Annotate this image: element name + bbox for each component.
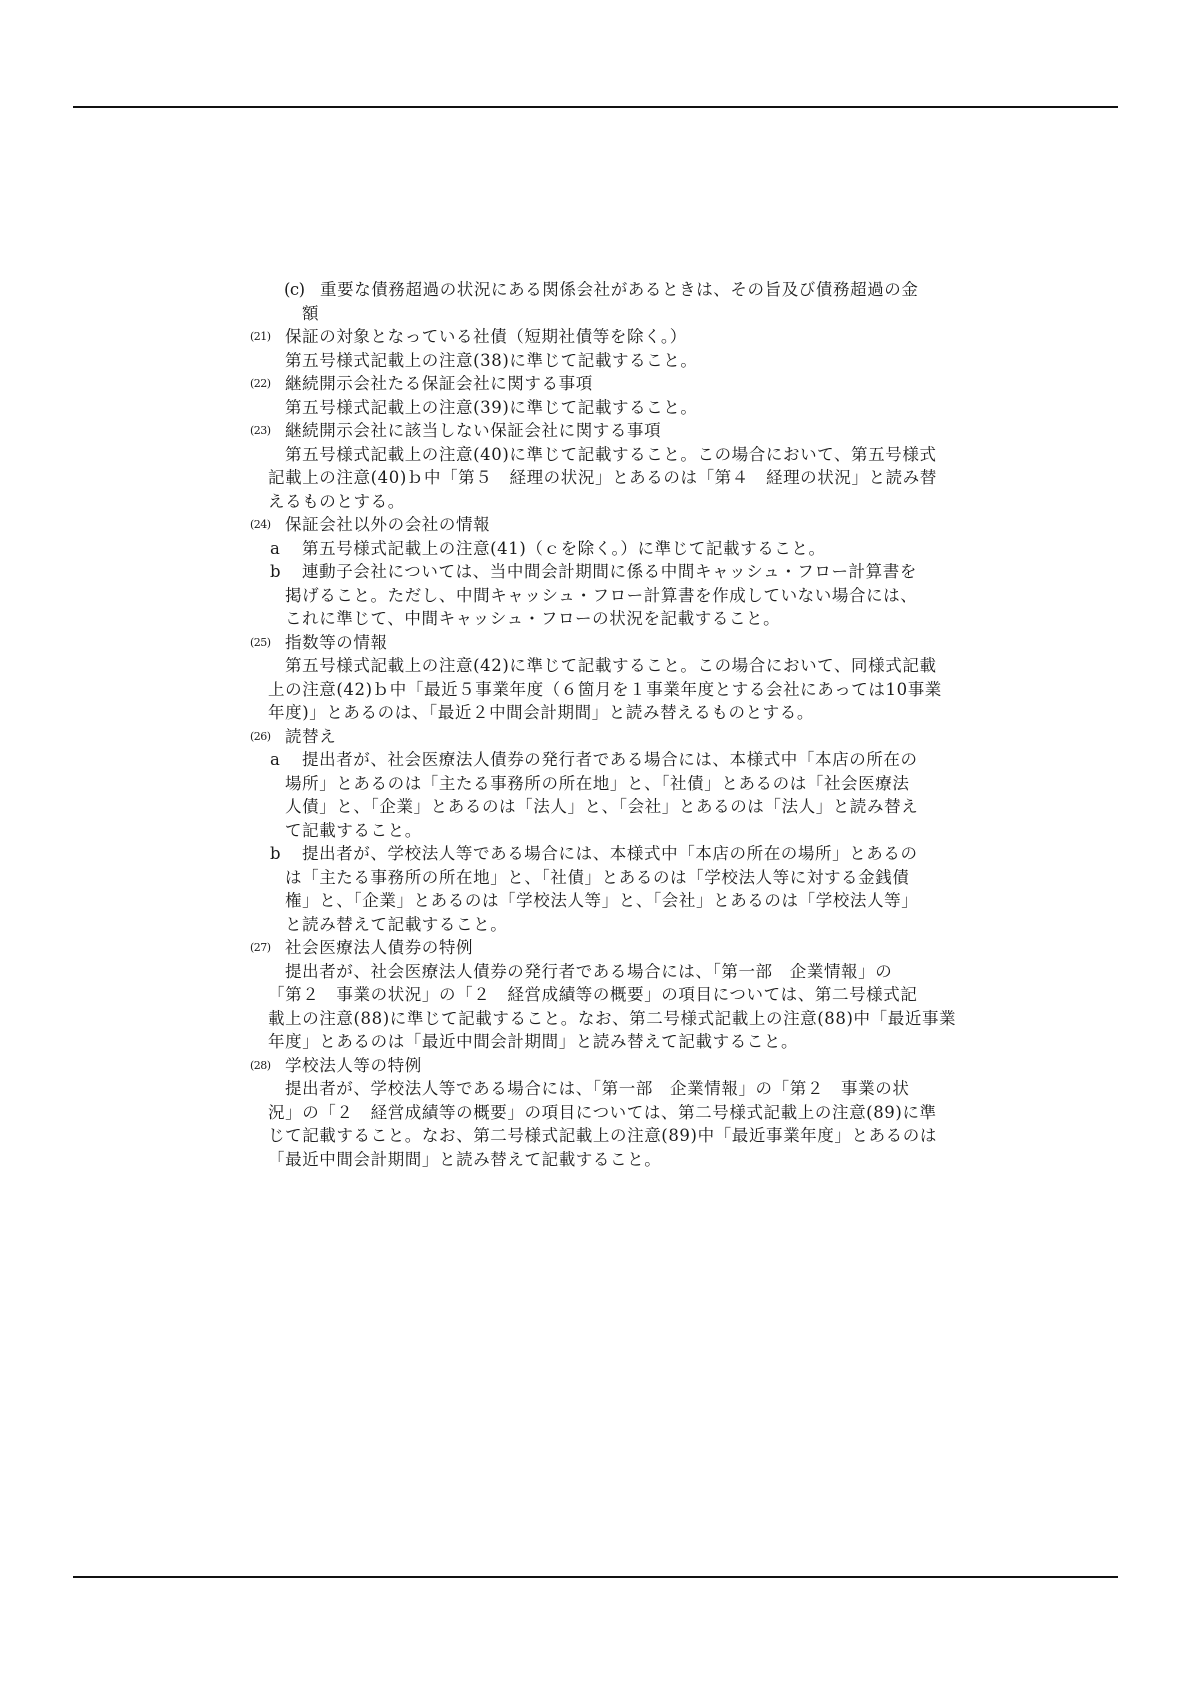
section-26-item-a-label: a bbox=[270, 748, 280, 772]
section-marker-25: (25) bbox=[250, 631, 271, 655]
section-23-title: 継続開示会社に該当しない保証会社に関する事項 bbox=[285, 419, 661, 443]
section-23-body-line-3: えるものとする。 bbox=[268, 490, 405, 514]
section-22-title: 継続開示会社たる保証会社に関する事項 bbox=[285, 372, 593, 396]
section-24-title: 保証会社以外の会社の情報 bbox=[285, 513, 490, 537]
section-marker-22: (22) bbox=[250, 372, 271, 396]
section-marker-21: (21) bbox=[250, 325, 271, 349]
section-26-item-b-line-3: 権」と、「企業」とあるのは「学校法人等」と、「会社」とあるのは「学校法人等」 bbox=[285, 889, 918, 913]
section-28-body-line-1: 提出者が、学校法人等である場合には、「第一部 企業情報」の「第２ 事業の状 bbox=[285, 1077, 909, 1101]
section-23-body-line-1: 第五号様式記載上の注意(40)に準じて記載すること。この場合において、第五号様式 bbox=[285, 443, 937, 467]
section-marker-23: (23) bbox=[250, 419, 271, 443]
section-27-body-line-2: 「第２ 事業の状況」の「２ 経営成績等の概要」の項目については、第二号様式記 bbox=[268, 983, 917, 1007]
section-25-body-line-3: 年度)」とあるのは、「最近２中間会計期間」と読み替えるものとする。 bbox=[268, 701, 814, 725]
section-24-item-b-line-1: 連動子会社については、当中間会計期間に係る中間キャッシュ・フロー計算書を bbox=[302, 560, 917, 584]
section-26-item-b-label: b bbox=[270, 842, 281, 866]
section-25-body-line-1: 第五号様式記載上の注意(42)に準じて記載すること。この場合において、同様式記載 bbox=[285, 654, 937, 678]
section-25-body-line-2: 上の注意(42)ｂ中「最近５事業年度（６箇月を１事業年度とする会社にあっては10… bbox=[268, 678, 942, 702]
footer-rule bbox=[73, 1576, 1118, 1578]
section-28-body-line-4: 「最近中間会計期間」と読み替えて記載すること。 bbox=[268, 1148, 661, 1172]
section-21-title: 保証の対象となっている社債（短期社債等を除く。） bbox=[285, 325, 687, 349]
section-27-title: 社会医療法人債券の特例 bbox=[285, 936, 473, 960]
section-28-title: 学校法人等の特例 bbox=[285, 1054, 422, 1078]
section-26-item-a-line-3: 人債」と、「企業」とあるのは「法人」と、「会社」とあるのは「法人」と読み替え bbox=[285, 795, 918, 819]
section-27-body-line-4: 年度」とあるのは「最近中間会計期間」と読み替えて記載すること。 bbox=[268, 1030, 798, 1054]
section-26-item-a-line-4: て記載すること。 bbox=[285, 819, 422, 843]
section-24-item-a-line-1: 第五号様式記載上の注意(41)（ｃを除く。）に準じて記載すること。 bbox=[302, 537, 826, 561]
header-rule bbox=[73, 106, 1118, 108]
item-marker-c: (c) bbox=[284, 278, 305, 302]
section-26-item-a-line-2: 場所」とあるのは「主たる事務所の所在地」と、「社債」とあるのは「社会医療法 bbox=[285, 772, 909, 796]
section-24-item-a-label: a bbox=[270, 537, 280, 561]
section-marker-28: (28) bbox=[250, 1054, 271, 1078]
section-24-item-b-line-2: 掲げること。ただし、中間キャッシュ・フロー計算書を作成していない場合には、 bbox=[285, 584, 917, 608]
section-26-title: 読替え bbox=[285, 725, 336, 749]
section-25-title: 指数等の情報 bbox=[285, 631, 388, 655]
section-26-item-a-line-1: 提出者が、社会医療法人債券の発行者である場合には、本様式中「本店の所在の bbox=[302, 748, 918, 772]
section-23-body-line-2: 記載上の注意(40)ｂ中「第５ 経理の状況」とあるのは「第４ 経理の状況」と読み… bbox=[268, 466, 937, 490]
section-21-body-line-1: 第五号様式記載上の注意(38)に準じて記載すること。 bbox=[285, 349, 697, 373]
item-c-line-2: 額 bbox=[302, 302, 319, 326]
section-marker-26: (26) bbox=[250, 725, 271, 749]
section-marker-24: (24) bbox=[250, 513, 271, 537]
section-27-body-line-3: 載上の注意(88)に準じて記載すること。なお、第二号様式記載上の注意(88)中「… bbox=[268, 1007, 956, 1031]
section-24-item-b-line-3: これに準じて、中間キャッシュ・フローの状況を記載すること。 bbox=[285, 607, 780, 631]
section-26-item-b-line-2: は「主たる事務所の所在地」と、「社債」とあるのは「学校法人等に対する金銭債 bbox=[285, 866, 909, 890]
section-27-body-line-1: 提出者が、社会医療法人債券の発行者である場合には、「第一部 企業情報」の bbox=[285, 960, 892, 984]
section-22-body-line-1: 第五号様式記載上の注意(39)に準じて記載すること。 bbox=[285, 396, 697, 420]
section-24-item-b-label: b bbox=[270, 560, 281, 584]
section-28-body-line-2: 況」の「２ 経営成績等の概要」の項目については、第二号様式記載上の注意(89)に… bbox=[268, 1101, 937, 1125]
section-28-body-line-3: じて記載すること。なお、第二号様式記載上の注意(89)中「最近事業年度」とあるの… bbox=[268, 1124, 937, 1148]
section-marker-27: (27) bbox=[250, 936, 271, 960]
section-26-item-b-line-4: と読み替えて記載すること。 bbox=[285, 913, 507, 937]
section-26-item-b-line-1: 提出者が、学校法人等である場合には、本様式中「本店の所在の場所」とあるの bbox=[302, 842, 918, 866]
item-c-line-1: 重要な債務超過の状況にある関係会社があるときは、その旨及び債務超過の金 bbox=[320, 278, 919, 302]
